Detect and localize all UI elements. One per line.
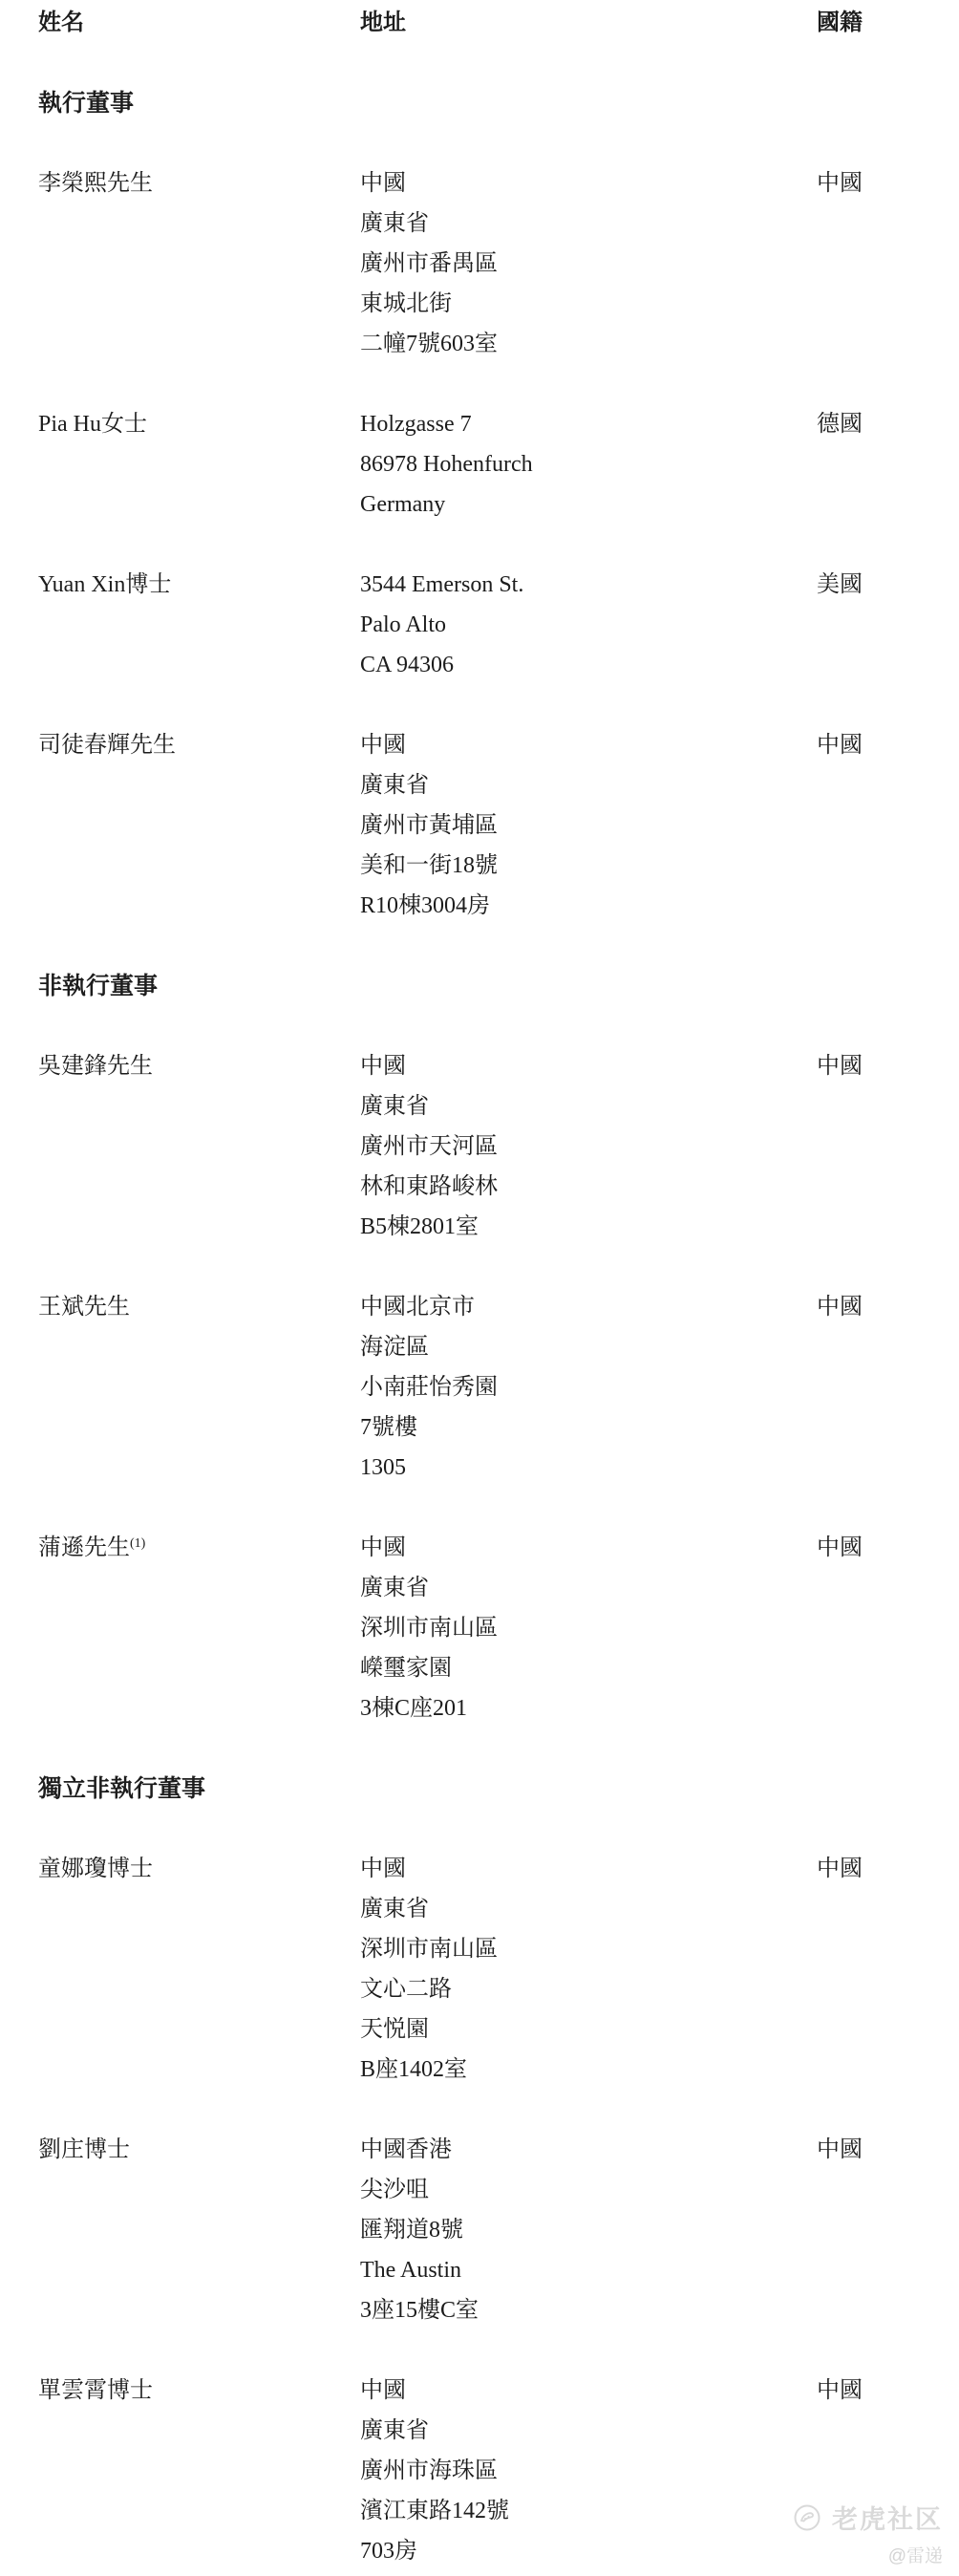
address-line: 美和一街18號	[360, 846, 817, 886]
director-nationality: 德國	[817, 404, 931, 525]
address-line: 林和東路峻林	[360, 1167, 817, 1207]
address-line: 文心二路	[360, 1969, 817, 2009]
address-line: Holzgasse 7	[360, 404, 817, 444]
section-heading: 非執行董事	[38, 966, 959, 1006]
address-line: 小南莊怡秀園	[360, 1367, 817, 1407]
address-line: 1305	[360, 1448, 817, 1488]
address-line: 深圳市南山區	[360, 1608, 817, 1648]
address-line: 3座15樓C室	[360, 2290, 817, 2330]
director-name: 童娜瓊博士	[38, 1849, 360, 2090]
watermark: 老虎社区 @雷递	[794, 2499, 943, 2567]
director-address: 中國廣東省廣州市黃埔區美和一街18號R10棟3004房	[360, 725, 817, 926]
address-line: 廣東省	[360, 1086, 817, 1127]
address-line: CA 94306	[360, 645, 817, 685]
address-line: 深圳市南山區	[360, 1929, 817, 1969]
address-line: 3棟C座201	[360, 1688, 817, 1728]
address-line: 海淀區	[360, 1327, 817, 1367]
director-nationality: 中國	[817, 1287, 931, 1488]
director-nationality: 中國	[817, 1528, 931, 1728]
address-line: 二幢7號603室	[360, 324, 817, 364]
table-body: 執行董事李榮熙先生中國廣東省廣州市番禺區東城北街二幢7號603室中國Pia Hu…	[0, 83, 959, 2571]
address-line: 中國	[360, 725, 817, 765]
address-line: The Austin	[360, 2250, 817, 2290]
address-line: 中國	[360, 1046, 817, 1086]
address-line: 7號樓	[360, 1407, 817, 1448]
address-line: 中國北京市	[360, 1287, 817, 1327]
director-row: 童娜瓊博士中國廣東省深圳市南山區文心二路天悦園B座1402室中國	[38, 1849, 959, 2090]
director-address: 中國北京市海淀區小南莊怡秀園7號樓1305	[360, 1287, 817, 1488]
director-name: 李榮熙先生	[38, 163, 360, 364]
director-address: 中國廣東省深圳市南山區文心二路天悦園B座1402室	[360, 1849, 817, 2090]
address-line: 中國	[360, 2371, 817, 2411]
tiger-logo-icon	[794, 2504, 820, 2531]
director-nationality: 中國	[817, 1849, 931, 2090]
address-line: 天悦園	[360, 2009, 817, 2050]
address-line: 嶸璽家園	[360, 1648, 817, 1688]
director-nationality: 中國	[817, 725, 931, 926]
address-line: 廣州市海珠區	[360, 2451, 817, 2491]
director-address: 3544 Emerson St.Palo AltoCA 94306	[360, 565, 817, 685]
director-row: 吳建鋒先生中國廣東省廣州市天河區林和東路峻林B5棟2801室中國	[38, 1046, 959, 1247]
director-name-text: 李榮熙先生	[38, 171, 153, 196]
director-address: 中國廣東省廣州市海珠區濱江東路142號703房	[360, 2371, 817, 2571]
director-name: 劉庄博士	[38, 2130, 360, 2330]
address-line: 3544 Emerson St.	[360, 565, 817, 605]
director-name: 蒲遜先生(1)	[38, 1528, 360, 1728]
address-line: 廣東省	[360, 1568, 817, 1608]
director-address: 中國廣東省廣州市天河區林和東路峻林B5棟2801室	[360, 1046, 817, 1247]
address-line: R10棟3004房	[360, 886, 817, 926]
director-row: 李榮熙先生中國廣東省廣州市番禺區東城北街二幢7號603室中國	[38, 163, 959, 364]
director-name: 吳建鋒先生	[38, 1046, 360, 1247]
address-line: 中國香港	[360, 2130, 817, 2170]
address-line: B5棟2801室	[360, 1207, 817, 1247]
director-name: Pia Hu女士	[38, 404, 360, 525]
footnote-marker: (1)	[130, 1536, 145, 1551]
director-row: 劉庄博士中國香港尖沙咀匯翔道8號The Austin3座15樓C室中國	[38, 2130, 959, 2330]
address-line: 中國	[360, 1849, 817, 1889]
director-address: Holzgasse 786978 HohenfurchGermany	[360, 404, 817, 525]
watermark-brand: 老虎社区	[832, 2499, 943, 2536]
director-nationality: 中國	[817, 1046, 931, 1247]
director-name: 單雲霄博士	[38, 2371, 360, 2571]
address-line: B座1402室	[360, 2050, 817, 2090]
director-name-text: Yuan Xin博士	[38, 572, 171, 597]
column-header-address: 地址	[360, 3, 817, 43]
address-line: 廣東省	[360, 1889, 817, 1929]
watermark-handle: @雷递	[794, 2542, 943, 2567]
director-name-text: 吳建鋒先生	[38, 1054, 153, 1079]
address-line: 濱江東路142號	[360, 2491, 817, 2531]
address-line: 廣東省	[360, 2411, 817, 2451]
table-header: 姓名 地址 國籍	[38, 3, 959, 43]
director-nationality: 中國	[817, 2130, 931, 2330]
address-line: 尖沙咀	[360, 2170, 817, 2210]
address-line: 中國	[360, 163, 817, 204]
director-row: 司徒春輝先生中國廣東省廣州市黃埔區美和一街18號R10棟3004房中國	[38, 725, 959, 926]
address-line: 廣州市黃埔區	[360, 805, 817, 846]
directors-page: 姓名 地址 國籍 執行董事李榮熙先生中國廣東省廣州市番禺區東城北街二幢7號603…	[0, 0, 959, 2576]
director-row: Pia Hu女士Holzgasse 786978 HohenfurchGerma…	[38, 404, 959, 525]
director-name-text: 蒲遜先生	[38, 1535, 130, 1560]
director-name: 司徒春輝先生	[38, 725, 360, 926]
address-line: 703房	[360, 2531, 817, 2571]
director-address: 中國香港尖沙咀匯翔道8號The Austin3座15樓C室	[360, 2130, 817, 2330]
director-nationality: 中國	[817, 163, 931, 364]
director-row: 蒲遜先生(1)中國廣東省深圳市南山區嶸璽家園3棟C座201中國	[38, 1528, 959, 1728]
address-line: 廣東省	[360, 765, 817, 805]
director-name-text: Pia Hu女士	[38, 412, 147, 437]
address-line: 廣東省	[360, 204, 817, 244]
director-name-text: 司徒春輝先生	[38, 733, 176, 758]
director-name-text: 王斌先生	[38, 1295, 130, 1320]
section-heading: 執行董事	[38, 83, 959, 123]
address-line: 匯翔道8號	[360, 2210, 817, 2250]
director-nationality: 美國	[817, 565, 931, 685]
director-name-text: 童娜瓊博士	[38, 1857, 153, 1881]
director-name: 王斌先生	[38, 1287, 360, 1488]
director-name-text: 劉庄博士	[38, 2137, 130, 2162]
address-line: 中國	[360, 1528, 817, 1568]
address-line: 東城北街	[360, 284, 817, 324]
director-name-text: 單雲霄博士	[38, 2378, 153, 2403]
section-heading: 獨立非執行董事	[38, 1769, 959, 1809]
address-line: 廣州市天河區	[360, 1127, 817, 1167]
watermark-row: 老虎社区	[794, 2499, 943, 2536]
address-line: 86978 Hohenfurch	[360, 444, 817, 484]
address-line: Palo Alto	[360, 605, 817, 645]
director-row: 王斌先生中國北京市海淀區小南莊怡秀園7號樓1305中國	[38, 1287, 959, 1488]
address-line: 廣州市番禺區	[360, 244, 817, 284]
column-header-name: 姓名	[38, 3, 360, 43]
director-row: Yuan Xin博士3544 Emerson St.Palo AltoCA 94…	[38, 565, 959, 685]
director-address: 中國廣東省廣州市番禺區東城北街二幢7號603室	[360, 163, 817, 364]
column-header-nationality: 國籍	[817, 3, 931, 43]
director-name: Yuan Xin博士	[38, 565, 360, 685]
address-line: Germany	[360, 484, 817, 525]
director-address: 中國廣東省深圳市南山區嶸璽家園3棟C座201	[360, 1528, 817, 1728]
